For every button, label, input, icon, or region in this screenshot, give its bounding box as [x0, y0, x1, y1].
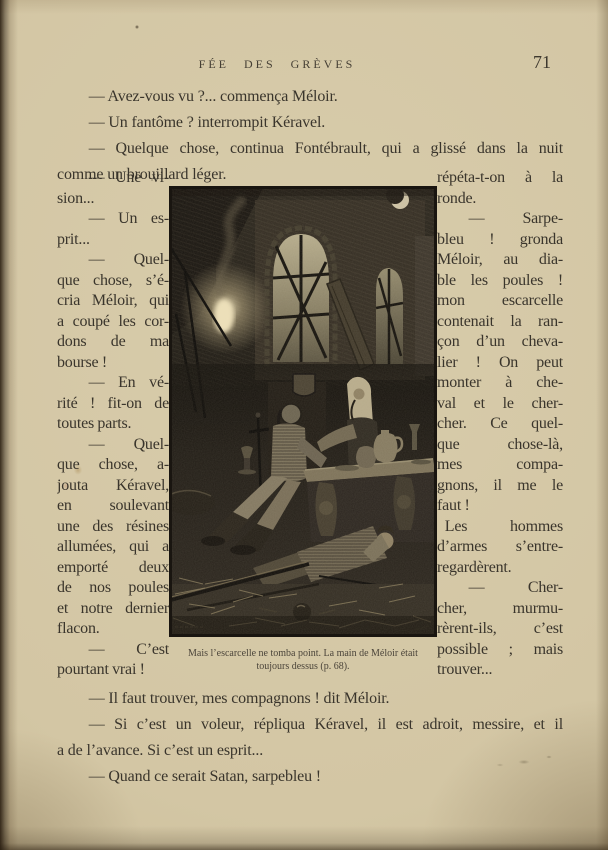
text-line: cher. Ce quel- [437, 414, 563, 435]
text-line: — Quelque chose, continua Fontébrault, q… [57, 136, 563, 162]
text-line: que chose, s’é- [57, 271, 169, 292]
text-line: — Un fantôme ? interrompit Kéravel. [57, 110, 563, 136]
text-line: pourtant vrai ! [57, 660, 169, 681]
paragraph: — Avez-vous vu ?... commença Méloir. [57, 84, 563, 110]
text-line: sion... [57, 189, 169, 210]
text-line: toutes parts. [57, 414, 169, 435]
text-line: et notre dernier [57, 599, 169, 620]
paragraph: — Un fantôme ? interrompit Kéravel. [57, 110, 563, 136]
paragraph: — Un es-prit... [57, 209, 169, 250]
right-text-column: répéta-t-on à laronde. — Sarpe-bleu ! gr… [437, 168, 563, 681]
text-line: faut ! [437, 496, 563, 517]
text-line: dons de ma [57, 332, 169, 353]
page-number: 71 [521, 52, 563, 73]
text-line: ble les poules ! [437, 271, 563, 292]
paragraph: — Quel-que chose, a-jouta Kéravel,en sou… [57, 435, 169, 640]
text-line: bleu ! gronda [437, 230, 563, 251]
text-line: Les hommes [437, 517, 563, 538]
text-line: ronde. [437, 189, 563, 210]
paragraph: — Si c’est un voleur, répliqua Kéravel, … [57, 712, 563, 764]
text-line: — Quel- [57, 435, 169, 456]
paragraph: — En vé-rité ! fit-on detoutes parts. [57, 373, 169, 435]
text-line: — En vé- [57, 373, 169, 394]
text-line: contenait la ran- [437, 312, 563, 333]
paragraph: — Quand ce serait Satan, sarpebleu ! [57, 764, 563, 790]
illustration-figure: Mais l’escarcelle ne tomba point. La mai… [169, 186, 437, 681]
text-line: en soulevant [57, 496, 169, 517]
text-line: — Cher- [437, 578, 563, 599]
text-line: a de l’avance. Si c’est un esprit... [57, 738, 563, 764]
text-line: — Quel- [57, 250, 169, 271]
text-line: mes compa- [437, 455, 563, 476]
text-line: trouver... [437, 660, 563, 681]
text-line: — Une vi- [57, 168, 169, 189]
text-line: monter à che- [437, 373, 563, 394]
text-line: lier ! On peut [437, 353, 563, 374]
text-line: — Avez-vous vu ?... commença Méloir. [57, 84, 563, 110]
text-line: mon escarcelle [437, 291, 563, 312]
text-line: bourse ! [57, 353, 169, 374]
paragraph: — Quel-que chose, s’é-cria Méloir, quia … [57, 250, 169, 373]
paragraph: — Sarpe-bleu ! grondaMéloir, au dia-ble … [437, 209, 563, 517]
text-line: val et le cher- [437, 394, 563, 415]
text-line: allumées, qui a [57, 537, 169, 558]
text-line: d’armes s’entre- [437, 537, 563, 558]
running-header-title: FÉE DES GRÈVES [57, 57, 497, 72]
text-line: que chose, a- [57, 455, 169, 476]
text-line: emporté deux [57, 558, 169, 579]
text-line: que chose-là, [437, 435, 563, 456]
engraving-illustration [169, 186, 437, 637]
paragraph: — Une vi-sion... [57, 168, 169, 209]
text-line: cher, murmu- [437, 599, 563, 620]
illustration-caption: Mais l’escarcelle ne tomba point. La mai… [169, 647, 437, 673]
text-line: — Un es- [57, 209, 169, 230]
paragraph: Les hommesd’armes s’entre-regardèrent. [437, 517, 563, 579]
bottom-paragraphs: — Il faut trouver, mes compagnons ! dit … [57, 686, 563, 790]
middle-section: — Une vi-sion... — Un es-prit... — Quel-… [57, 168, 563, 681]
text-line: flacon. [57, 619, 169, 640]
text-line: — C’est [57, 640, 169, 661]
text-line: cria Méloir, qui [57, 291, 169, 312]
book-page-scan: FÉE DES GRÈVES 71 — Avez-vous vu ?... co… [0, 0, 608, 850]
text-line: gnons, il me le [437, 476, 563, 497]
paragraph: — C’estpourtant vrai ! [57, 640, 169, 681]
text-line: Méloir, au dia- [437, 250, 563, 271]
text-line: de nos poules [57, 578, 169, 599]
text-line: — Sarpe- [437, 209, 563, 230]
text-line: jouta Kéravel, [57, 476, 169, 497]
text-line: prit... [57, 230, 169, 251]
text-line: a coupé les cor- [57, 312, 169, 333]
text-line: rité ! fit-on de [57, 394, 169, 415]
text-line: çon d’un cheva- [437, 332, 563, 353]
text-line: — Quand ce serait Satan, sarpebleu ! [57, 764, 563, 790]
paragraph: — Il faut trouver, mes compagnons ! dit … [57, 686, 563, 712]
text-line: rèrent-ils, c’est [437, 619, 563, 640]
paragraph: — Cher-cher, murmu-rèrent-ils, c’estposs… [437, 578, 563, 681]
text-line: — Il faut trouver, mes compagnons ! dit … [57, 686, 563, 712]
text-line: possible ; mais [437, 640, 563, 661]
text-line: une des résines [57, 517, 169, 538]
left-text-column: — Une vi-sion... — Un es-prit... — Quel-… [57, 168, 169, 681]
text-line: répéta-t-on à la [437, 168, 563, 189]
text-line: — Si c’est un voleur, répliqua Kéravel, … [57, 712, 563, 738]
text-line: regardèrent. [437, 558, 563, 579]
caption-line: toujours dessus (p. 68). [169, 660, 437, 673]
caption-line: Mais l’escarcelle ne tomba point. La mai… [169, 647, 437, 660]
paragraph: répéta-t-on à laronde. [437, 168, 563, 209]
